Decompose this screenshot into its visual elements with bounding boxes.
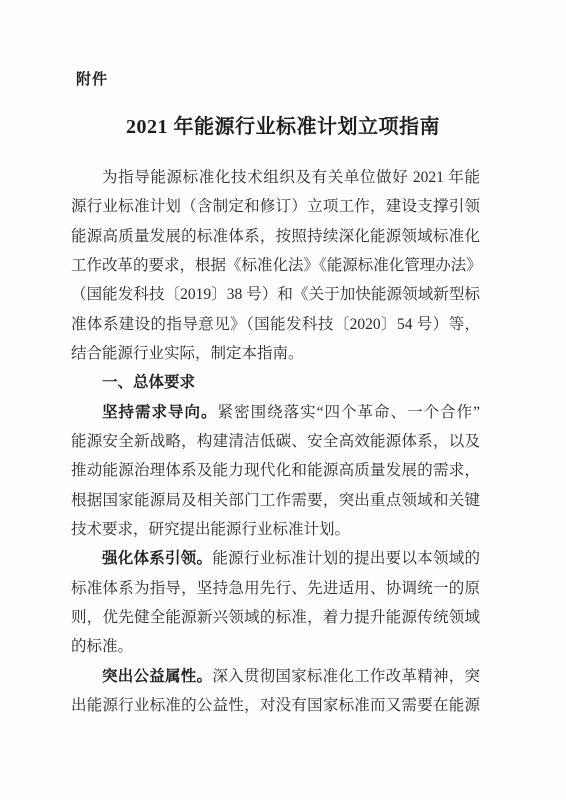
- document-page: 附件 2021 年能源行业标准计划立项指南 为指导能源标准化技术组织及有关单位做…: [0, 0, 566, 800]
- text-line: 为指导能源标准化技术组织及有关单位做好 2021 年能: [71, 163, 480, 192]
- text-line: 源行业标准计划（含制定和修订）立项工作，建设支撑引领: [71, 192, 480, 221]
- body-text: 能源高质量发展的标准体系，按照持续深化能源领域标准化: [71, 228, 480, 245]
- text-line: 工作改革的要求，根据《标准化法》《能源标准化管理办法》: [71, 251, 480, 280]
- body-text: 紧密围绕落实“四个革命、一个合作”: [218, 404, 480, 421]
- text-line: 坚持需求导向。紧密围绕落实“四个革命、一个合作”: [71, 398, 480, 427]
- emphasis-text: 一、总体要求: [102, 374, 195, 391]
- body-text: 推动能源治理体系及能力现代化和能源高质量发展的需求，: [71, 462, 480, 479]
- text-line: 技术要求，研究提出能源行业标准计划。: [71, 515, 480, 544]
- text-line: 能源安全新战略，构建清洁低碳、安全高效能源体系，以及: [71, 427, 480, 456]
- body-text: 技术要求，研究提出能源行业标准计划。: [71, 521, 350, 538]
- body-text: 结合能源行业实际，制定本指南。: [71, 345, 304, 362]
- body-text: 根据国家能源局及相关部门工作需要，突出重点领域和关键: [71, 492, 480, 509]
- emphasis-text: 坚持需求导向。: [102, 404, 218, 421]
- body-text: 出能源行业标准的公益性，对没有国家标准而又需要在能源: [71, 697, 480, 714]
- body-text: 为指导能源标准化技术组织及有关单位做好 2021 年能: [102, 169, 480, 186]
- document-title: 2021 年能源行业标准计划立项指南: [0, 110, 566, 139]
- text-line: 根据国家能源局及相关部门工作需要，突出重点领域和关键: [71, 486, 480, 515]
- text-line: 突出公益属性。深入贯彻国家标准化工作改革精神，突: [71, 662, 480, 691]
- body-text: 的标准。: [71, 638, 133, 655]
- text-line: 的标准。: [71, 632, 480, 661]
- body-text: （国能发科技〔2019〕38 号）和《关于加快能源领域新型标: [71, 286, 480, 303]
- text-line: 强化体系引领。能源行业标准计划的提出要以本领域的: [71, 544, 480, 573]
- text-line: 标准体系为指导，坚持急用先行、先进适用、协调统一的原: [71, 574, 480, 603]
- text-line: （国能发科技〔2019〕38 号）和《关于加快能源领域新型标: [71, 280, 480, 309]
- attachment-label: 附件: [76, 68, 108, 89]
- text-line: 准体系建设的指导意见》（国能发科技〔2020〕54 号）等，: [71, 310, 480, 339]
- body-text: 工作改革的要求，根据《标准化法》《能源标准化管理办法》: [71, 257, 480, 274]
- text-line: 推动能源治理体系及能力现代化和能源高质量发展的需求，: [71, 456, 480, 485]
- text-line: 则，优先健全能源新兴领域的标准，着力提升能源传统领域: [71, 603, 480, 632]
- text-line: 结合能源行业实际，制定本指南。: [71, 339, 480, 368]
- text-line: 出能源行业标准的公益性，对没有国家标准而又需要在能源: [71, 691, 480, 720]
- body-text: 能源安全新战略，构建清洁低碳、安全高效能源体系，以及: [71, 433, 480, 450]
- body-text: 则，优先健全能源新兴领域的标准，着力提升能源传统领域: [71, 609, 480, 626]
- body-text: 标准体系为指导，坚持急用先行、先进适用、协调统一的原: [71, 580, 480, 597]
- body-text: 深入贯彻国家标准化工作改革精神，突: [212, 668, 480, 685]
- body-text: 能源行业标准计划的提出要以本领域的: [212, 550, 480, 567]
- body-text: 源行业标准计划（含制定和修订）立项工作，建设支撑引领: [71, 198, 480, 215]
- emphasis-text: 突出公益属性。: [102, 668, 212, 685]
- section-heading: 一、总体要求: [71, 368, 480, 397]
- text-line: 能源高质量发展的标准体系，按照持续深化能源领域标准化: [71, 222, 480, 251]
- body-text: 准体系建设的指导意见》（国能发科技〔2020〕54 号）等，: [71, 316, 480, 333]
- document-body: 为指导能源标准化技术组织及有关单位做好 2021 年能源行业标准计划（含制定和修…: [71, 163, 480, 720]
- emphasis-text: 强化体系引领。: [102, 550, 212, 567]
